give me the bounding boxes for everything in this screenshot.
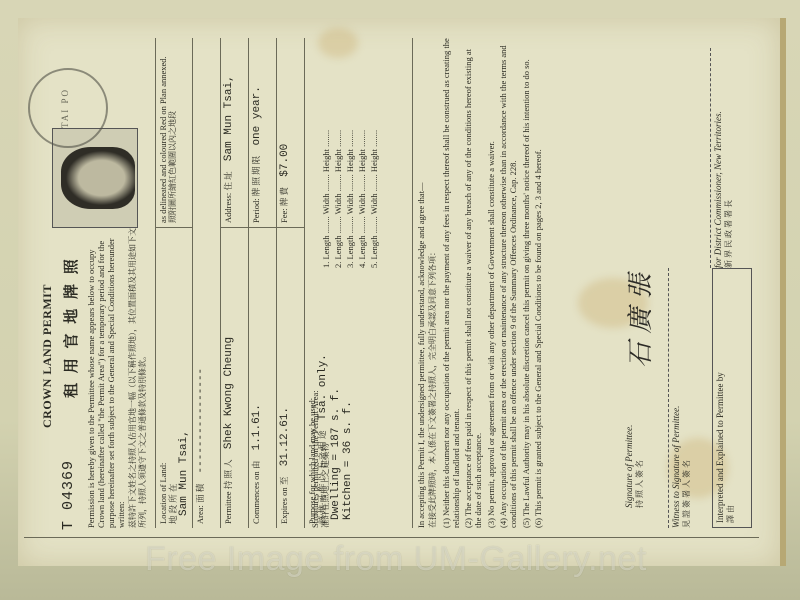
address-label: Address: — [223, 193, 233, 223]
permittee-label-zh: 持 照 人 — [223, 459, 233, 489]
post-office-stamp: TAI PO — [28, 68, 108, 148]
permittee-signature-label-zh: 持 照 人 簽 名 — [634, 425, 645, 508]
clause: (1) Neither this document nor any occupa… — [441, 38, 462, 528]
commences-row: Commences on 由 1.1.61. Period: 牌 照 期 限 o… — [248, 38, 276, 528]
area-label: Area: — [195, 505, 205, 524]
witness-label-zh: 見 證 簽 署 人 簽 名 — [681, 268, 692, 528]
area-value: ---------------- — [195, 368, 207, 474]
dimension-row: 5. Length ........ Width ........ Height… — [368, 38, 380, 268]
acceptance-lead-zh: 在接受此牌照時，本人係在下文簽署之持照人，完全明白承認及同意下列各項： — [428, 38, 438, 528]
address-label-zh: 住 址 — [223, 171, 233, 190]
period-label-zh: 牌 照 期 限 — [251, 156, 261, 196]
address-value: Sam Mun Tsai, — [223, 75, 235, 161]
permittee-label: Permittee — [223, 491, 233, 524]
intro-text-zh: 茲特許下文姓名之持照人佔用官地一幅（以下稱作照地），其位置面積及其用途如下文所列… — [128, 228, 148, 528]
dimension-row: 1. Length ........ Width ........ Height… — [320, 38, 332, 268]
permittee-signature-label: Signature of Permittee. — [624, 425, 634, 508]
clause: (3) No permit, approval or agreement fro… — [486, 38, 496, 528]
rotated-permit-page: T 04369 CROWN LAND PERMIT 租 用 官 地 牌 照 Pe… — [20, 18, 760, 548]
portrait-icon — [61, 147, 135, 209]
witness-label: Witness to Signature of Permittee. — [671, 268, 681, 528]
permittee-row: Permittee 持 照 人 Shek Kwong Cheung Addres… — [220, 38, 248, 528]
interpreter-block: Interpreted and Explained to Permittee b… — [712, 268, 752, 528]
acceptance-lead: In accepting this Permit I, the undersig… — [416, 38, 426, 528]
signature-section: Signature of Permittee. 持 照 人 簽 名 石 廣 張 … — [620, 38, 755, 528]
period-label: Period: — [251, 198, 261, 223]
area-label-zh: 面 積 — [195, 484, 205, 503]
district-commissioner-block: for District Commissioner, New Territori… — [710, 48, 734, 268]
document-title-zh: 租 用 官 地 牌 照 — [60, 256, 81, 398]
dc-label: for District Commissioner, New Territori… — [713, 48, 723, 268]
interpreted-label: Interpreted and Explained to Permittee b… — [715, 273, 725, 523]
expires-label-zh: 至 — [279, 477, 289, 486]
document-title: CROWN LAND PERMIT — [40, 284, 55, 428]
location-row: Location of Land: 地 段 所 在 Sam Mun Tsai, … — [155, 38, 192, 528]
clause: (2) The acceptance of fees paid in respe… — [463, 38, 484, 528]
fee-label-zh: 牌 費 — [279, 187, 289, 206]
dimension-row: 4. Length ........ Width ........ Height… — [356, 38, 368, 268]
commences-label-zh: 由 — [251, 461, 261, 470]
location-value: Sam Mun Tsai, — [178, 430, 190, 516]
clause: (6) This permit is granted subject to th… — [533, 38, 543, 528]
area-row: Area: 面 積 ---------------- — [192, 38, 220, 528]
dc-label-zh: 新 界 民 政 署 署 長 — [723, 48, 734, 268]
clause: (4) Any occupation of the permit area or… — [498, 38, 519, 528]
commences-value: 1.1.61. — [251, 404, 263, 450]
fee-value: $7.00 — [279, 144, 291, 177]
commences-label: Commences on — [251, 471, 261, 524]
permit-fields: Location of Land: 地 段 所 在 Sam Mun Tsai, … — [155, 38, 332, 528]
structure-dimensions: 1. Length ........ Width ........ Height… — [320, 38, 380, 268]
permittee-signature: 石 廣 張 — [620, 273, 657, 368]
expires-value: 31.12.61. — [279, 407, 291, 466]
watermark: Free Image from UM-Gallery.net — [145, 540, 647, 579]
expires-row: Expires on 至 31.12.61. Fee: 牌 費 $7.00 — [276, 38, 304, 528]
delineation-text: as delineated and coloured Red on Plan a… — [158, 42, 168, 223]
intro-text: Permission is hereby given to the Permit… — [86, 228, 126, 528]
dimension-row: 2. Length ........ Width ........ Height… — [332, 38, 344, 268]
fee-label: Fee: — [279, 208, 289, 223]
expires-label: Expires on — [279, 487, 289, 524]
delineation-text-zh: 照附圖所繪紅色範圍以內之地段 — [168, 42, 178, 223]
location-label: Location of Land: — [158, 232, 168, 524]
permittee-value: Shek Kwong Cheung — [223, 337, 235, 449]
witness-block: Witness to Signature of Permittee. 見 證 簽… — [668, 268, 692, 528]
structures-label: Structures permitted on the Permit Area: — [310, 38, 320, 528]
serial-number: T 04369 — [60, 460, 77, 530]
location-label-zh: 地 段 所 在 — [168, 232, 178, 524]
acceptance-clauses: In accepting this Permit I, the undersig… — [412, 38, 545, 528]
dimension-row: 3. Length ........ Width ........ Height… — [344, 38, 356, 268]
interpreted-label-zh: 譯 由 — [725, 273, 736, 523]
clause: (5) The Lawful Authority may in his abso… — [521, 38, 531, 528]
permittee-signature-block: Signature of Permittee. 持 照 人 簽 名 — [624, 425, 645, 508]
period-value: one year. — [251, 86, 263, 145]
